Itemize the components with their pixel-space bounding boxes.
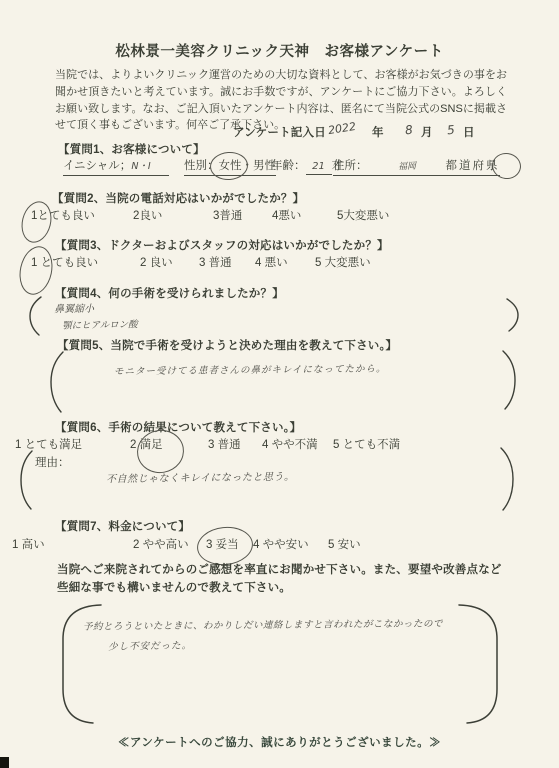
q3-option-4: 4 悪い — [255, 254, 288, 270]
q3-option-3: 3 普通 — [199, 254, 232, 270]
date-year-handwritten: 2022 — [327, 120, 357, 137]
q1-initial-label: イニシャル； — [63, 160, 131, 172]
q7-header: 【質問7、料金について】 — [55, 518, 190, 534]
q6-reason-bracket-left — [18, 450, 34, 510]
date-month-handwritten: 8 — [404, 123, 413, 138]
q1-initial-field: イニシャル；N・I — [63, 157, 169, 176]
q1-fields-row: イニシャル；N・I 性別：女性・男性 年齢：21才 住所：福岡都道府県 — [0, 157, 559, 177]
q4-answer-line2-handwritten: 顎にヒアルロン酸 — [62, 316, 138, 331]
feedback-bracket-right — [455, 603, 505, 725]
scanned-survey-page: 松林景一美容クリニック天神 お客様アンケート 当院では、よりよいクリニック運営の… — [0, 0, 559, 768]
q4-header: 【質問4、何の手術を受けられましたか？】 — [55, 285, 284, 301]
q4-answer-bracket-right — [505, 298, 521, 332]
q2-options-row: 1とても良い 2良い 3普通 4悪い 5大変悪い — [0, 207, 559, 225]
page-title: 松林景一美容クリニック天神 お客様アンケート — [0, 40, 559, 61]
q6-reason-label: 理由： — [35, 454, 70, 470]
q1-age-value-handwritten: 21 — [312, 161, 325, 172]
date-line: アンケート記入日 2022 年 8 月 5 日 — [0, 124, 559, 142]
q6-reason-handwritten: 不自然じゃなくキレイになったと思う。 — [106, 468, 295, 486]
q2-option-2: 2良い — [133, 207, 162, 223]
q3-option-5: 5 大変悪い — [315, 254, 371, 270]
q6-option-5: 5 とても不満 — [333, 436, 400, 452]
q1-address-label: 住所： — [333, 160, 368, 172]
feedback-answer-line2-handwritten: 少し不安だった。 — [108, 637, 192, 652]
q4-answer-line1-handwritten: 鼻翼縮小 — [54, 300, 94, 316]
q2-option-3: 3普通 — [213, 207, 242, 223]
date-month-unit: 月 — [421, 124, 433, 140]
q7-options-row: 1 高い 2 やや高い 3 妥当 4 やや安い 5 安い — [0, 536, 559, 554]
q7-option-5: 5 安い — [328, 536, 361, 552]
q4-answer-bracket-left — [27, 296, 43, 336]
feedback-prompt: 当院へご来院されてからのご感想を率直にお聞かせ下さい。また、要望や改善点など些細… — [57, 562, 509, 597]
q6-header: 【質問6、手術の結果について教えて下さい。】 — [55, 419, 301, 435]
q1-age-label: 年齢： — [271, 160, 306, 172]
q3-option-2: 2 良い — [140, 254, 173, 270]
q6-option-3: 3 普通 — [208, 436, 241, 452]
q7-option-1: 1 高い — [12, 536, 45, 552]
date-day-handwritten: 5 — [446, 123, 455, 138]
date-year-unit: 年 — [372, 124, 384, 140]
feedback-answer-line1-handwritten: 予約とろうといたときに、わかりしだい連絡しますと言われたがこなかったので — [83, 615, 443, 632]
date-day-unit: 日 — [463, 124, 475, 140]
q1-prefecture-selected-circle — [490, 151, 522, 181]
q7-option-2: 2 やや高い — [133, 536, 189, 552]
date-label: アンケート記入日 — [233, 124, 326, 140]
q1-header: 【質問1、お客様について】 — [58, 141, 205, 157]
q1-address-value-handwritten: 福岡 — [367, 158, 445, 174]
q5-header: 【質問5、当院で手術を受けようと決めた理由を教えて下さい。】 — [57, 337, 397, 353]
q2-option-4: 4悪い — [272, 207, 301, 223]
q5-answer-handwritten: モニター受けてる患者さんの鼻がキレイになってたから。 — [114, 361, 387, 378]
q6-reason-bracket-right — [499, 447, 517, 511]
q3-selected-circle — [15, 243, 56, 298]
q3-options-row: 1 とても良い 2 良い 3 普通 4 悪い 5 大変悪い — [0, 254, 559, 272]
q5-answer-bracket-right — [501, 350, 519, 410]
q2-header: 【質問2、当院の電話対応はいかがでしたか？】 — [52, 190, 304, 206]
q5-answer-bracket-left — [47, 351, 65, 413]
q1-initial-value-handwritten: N・I — [131, 161, 150, 172]
q7-option-4: 4 やや安い — [253, 536, 309, 552]
scan-edge-artifact — [0, 757, 9, 768]
q3-header: 【質問3、ドクターおよびスタッフの対応はいかがでしたか？】 — [55, 237, 389, 253]
q6-option-4: 4 やや不満 — [262, 436, 318, 452]
q2-option-5: 5大変悪い — [337, 207, 389, 223]
footer-thanks: ≪アンケートへのご協力、誠にありがとうございました。≫ — [0, 734, 559, 750]
q6-options-row: 1 とても満足 2 満足 3 普通 4 やや不満 5 とても不満 — [0, 436, 559, 454]
q1-age-value-wrap: 21 — [306, 160, 332, 175]
q1-address-field: 住所：福岡都道府県 — [333, 157, 500, 176]
q1-gender-selected-circle — [209, 151, 249, 182]
q2-selected-circle — [17, 198, 55, 246]
